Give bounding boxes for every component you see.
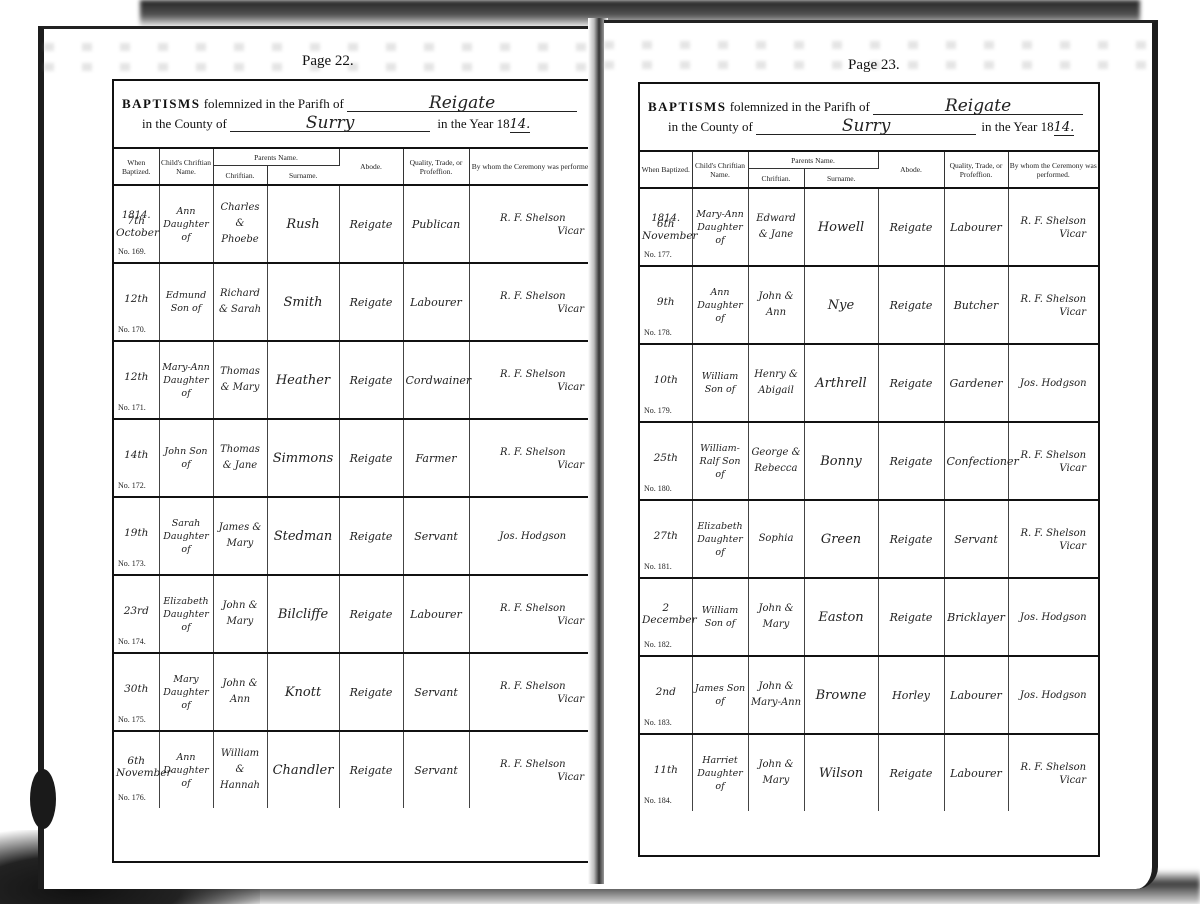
cell-surname: Simmons <box>267 419 339 497</box>
entry-date: 14th <box>116 449 157 461</box>
heading-prefix: BAPTISMS <box>648 99 726 114</box>
cell-quality: Servant <box>403 731 469 808</box>
entry-date: 9th <box>642 296 690 308</box>
cell-surname: Rush <box>267 185 339 263</box>
col-parents-christian: Chriftian. <box>213 166 267 186</box>
col-child: Child's Chriftian Name. <box>692 152 748 188</box>
heading-text: folemnized in the Parifh of <box>730 99 870 114</box>
entry-number: No. 178. <box>644 328 672 337</box>
year-value: 14. <box>510 117 531 133</box>
entry-date: 10th <box>642 374 690 386</box>
cell-child-name: Mary-Ann Daughter of <box>159 341 213 419</box>
register-entry-row: 9th No. 178. Ann Daughter of John & Ann … <box>640 266 1098 344</box>
year-value: 14. <box>1054 120 1075 136</box>
cell-minister: R. F. Shelson Vicar <box>469 653 596 731</box>
cell-abode: Reigate <box>878 500 944 578</box>
cell-parents-christian: John & Ann <box>748 266 804 344</box>
col-quality: Quality, Trade, or Profeffion. <box>403 149 469 185</box>
left-page: Page 22. BAPTISMS folemnized in the Pari… <box>38 26 604 889</box>
cell-abode: Reigate <box>878 266 944 344</box>
cell-child-name: Ann Daughter of <box>159 185 213 263</box>
cell-child-name: Elizabeth Daughter of <box>692 500 748 578</box>
cell-minister: Jos. Hodgson <box>1008 578 1098 656</box>
cell-surname: Green <box>804 500 878 578</box>
entry-date: 19th <box>116 527 157 539</box>
col-when: When Baptized. <box>640 152 692 188</box>
cell-parents-christian: William & Hannah <box>213 731 267 808</box>
cell-parents-christian: John & Mary <box>213 575 267 653</box>
page-number: Page 23. <box>848 57 900 74</box>
cell-when-baptized: 10th No. 179. <box>640 344 692 422</box>
cell-parents-christian: Thomas & Mary <box>213 341 267 419</box>
col-parents: Parents Name. <box>748 152 878 169</box>
cell-child-name: William-Ralf Son of <box>692 422 748 500</box>
cell-surname: Arthrell <box>804 344 878 422</box>
register-entry-row: 12th No. 171. Mary-Ann Daughter of Thoma… <box>114 341 596 419</box>
cell-child-name: William Son of <box>692 344 748 422</box>
cell-when-baptized: 11th No. 184. <box>640 734 692 811</box>
col-minister: By whom the Ceremony was performed. <box>1008 152 1098 188</box>
col-abode: Abode. <box>878 152 944 188</box>
cell-quality: Labourer <box>403 575 469 653</box>
cell-child-name: Edmund Son of <box>159 263 213 341</box>
cell-when-baptized: 12th No. 171. <box>114 341 159 419</box>
cell-abode: Reigate <box>339 653 403 731</box>
entry-date: 2 December <box>642 602 690 626</box>
cell-quality: Publican <box>403 185 469 263</box>
cell-minister: R. F. Shelson Vicar <box>1008 422 1098 500</box>
cell-surname: Smith <box>267 263 339 341</box>
cell-minister: R. F. Shelson Vicar <box>469 341 596 419</box>
cell-parents-christian: George & Rebecca <box>748 422 804 500</box>
cell-child-name: James Son of <box>692 656 748 734</box>
cell-minister: R. F. Shelson Vicar <box>469 185 596 263</box>
cell-abode: Reigate <box>878 344 944 422</box>
cell-quality: Butcher <box>944 266 1008 344</box>
register-entry-row: 1814. 6th November No. 177. Mary-Ann Dau… <box>640 188 1098 266</box>
heading-text: folemnized in the Parifh of <box>204 96 344 111</box>
cell-abode: Reigate <box>878 578 944 656</box>
page-number: Page 22. <box>302 53 354 70</box>
entry-number: No. 183. <box>644 718 672 727</box>
entry-number: No. 177. <box>644 250 672 259</box>
cell-quality: Labourer <box>944 656 1008 734</box>
cell-parents-christian: John & Mary <box>748 734 804 811</box>
year-label: in the Year 18 <box>437 116 509 131</box>
cell-surname: Nye <box>804 266 878 344</box>
cell-quality: Farmer <box>403 419 469 497</box>
cell-abode: Reigate <box>339 185 403 263</box>
baptism-register-table: BAPTISMS folemnized in the Parifh of Rei… <box>638 82 1100 857</box>
cell-when-baptized: 12th No. 170. <box>114 263 159 341</box>
col-when: When Baptized. <box>114 149 159 185</box>
year-label: in the Year 18 <box>981 119 1053 134</box>
cell-surname: Chandler <box>267 731 339 808</box>
cell-surname: Stedman <box>267 497 339 575</box>
entry-number: No. 176. <box>118 793 146 802</box>
cell-when-baptized: 6th November No. 176. <box>114 731 159 808</box>
heading-prefix: BAPTISMS <box>122 96 200 111</box>
binding-clasp <box>30 769 56 829</box>
cell-surname: Howell <box>804 188 878 266</box>
cell-minister: R. F. Shelson Vicar <box>1008 734 1098 811</box>
cell-minister: Jos. Hodgson <box>469 497 596 575</box>
cell-child-name: Sarah Daughter of <box>159 497 213 575</box>
cell-child-name: Harriet Daughter of <box>692 734 748 811</box>
cell-when-baptized: 14th No. 172. <box>114 419 159 497</box>
entry-date: 6th November <box>642 218 690 242</box>
cell-abode: Horley <box>878 656 944 734</box>
cell-when-baptized: 2nd No. 183. <box>640 656 692 734</box>
cell-when-baptized: 30th No. 175. <box>114 653 159 731</box>
entry-date: 2nd <box>642 686 690 698</box>
col-parents: Parents Name. <box>213 149 339 166</box>
register-grid: When Baptized. Child's Chriftian Name. P… <box>114 149 596 808</box>
cell-surname: Heather <box>267 341 339 419</box>
register-entry-row: 6th November No. 176. Ann Daughter of Wi… <box>114 731 596 808</box>
cell-minister: Jos. Hodgson <box>1008 656 1098 734</box>
cell-child-name: John Son of <box>159 419 213 497</box>
cell-when-baptized: 19th No. 173. <box>114 497 159 575</box>
cell-abode: Reigate <box>339 731 403 808</box>
cell-minister: Jos. Hodgson <box>1008 344 1098 422</box>
cell-surname: Easton <box>804 578 878 656</box>
cell-when-baptized: 1814. 6th November No. 177. <box>640 188 692 266</box>
cell-parents-christian: Charles & Phoebe <box>213 185 267 263</box>
cell-child-name: Ann Daughter of <box>159 731 213 808</box>
col-parents-surname: Surname. <box>804 169 878 189</box>
cell-quality: Bricklayer <box>944 578 1008 656</box>
register-entry-row: 11th No. 184. Harriet Daughter of John &… <box>640 734 1098 811</box>
col-parents-christian: Chriftian. <box>748 169 804 189</box>
entry-date: 11th <box>642 764 690 776</box>
register-grid: When Baptized. Child's Chriftian Name. P… <box>640 152 1098 811</box>
col-quality: Quality, Trade, or Profeffion. <box>944 152 1008 188</box>
register-entry-row: 2nd No. 183. James Son of John & Mary-An… <box>640 656 1098 734</box>
county-label: in the County of <box>668 119 753 134</box>
parish-name: Reigate <box>873 98 1083 115</box>
cell-when-baptized: 23rd No. 174. <box>114 575 159 653</box>
register-entry-row: 19th No. 173. Sarah Daughter of James & … <box>114 497 596 575</box>
col-parents-surname: Surname. <box>267 166 339 186</box>
bleed-through <box>604 41 1152 49</box>
entry-number: No. 184. <box>644 796 672 805</box>
cell-surname: Wilson <box>804 734 878 811</box>
register-entry-row: 10th No. 179. William Son of Henry & Abi… <box>640 344 1098 422</box>
cell-when-baptized: 9th No. 178. <box>640 266 692 344</box>
cell-surname: Bonny <box>804 422 878 500</box>
right-page: Page 23. BAPTISMS folemnized in the Pari… <box>604 20 1158 889</box>
cell-surname: Bilcliffe <box>267 575 339 653</box>
register-entry-row: 2 December No. 182. William Son of John … <box>640 578 1098 656</box>
cell-quality: Gardener <box>944 344 1008 422</box>
cell-surname: Browne <box>804 656 878 734</box>
cell-child-name: William Son of <box>692 578 748 656</box>
entry-date: 12th <box>116 371 157 383</box>
cell-parents-christian: Richard & Sarah <box>213 263 267 341</box>
cell-when-baptized: 1814. 7th October No. 169. <box>114 185 159 263</box>
cell-parents-christian: John & Ann <box>213 653 267 731</box>
entry-number: No. 173. <box>118 559 146 568</box>
col-abode: Abode. <box>339 149 403 185</box>
entry-number: No. 179. <box>644 406 672 415</box>
cell-parents-christian: James & Mary <box>213 497 267 575</box>
baptism-register-table: BAPTISMS folemnized in the Parifh of Rei… <box>112 79 598 863</box>
county-name: Surry <box>756 118 976 135</box>
cell-quality: Labourer <box>403 263 469 341</box>
entry-number: No. 174. <box>118 637 146 646</box>
register-entry-row: 23rd No. 174. Elizabeth Daughter of John… <box>114 575 596 653</box>
register-heading: BAPTISMS folemnized in the Parifh of Rei… <box>640 84 1098 152</box>
cell-child-name: Ann Daughter of <box>692 266 748 344</box>
cell-parents-christian: Sophia <box>748 500 804 578</box>
entry-number: No. 171. <box>118 403 146 412</box>
cell-minister: R. F. Shelson Vicar <box>1008 266 1098 344</box>
cell-abode: Reigate <box>878 734 944 811</box>
entry-date: 27th <box>642 530 690 542</box>
bleed-through <box>44 43 604 51</box>
col-minister: By whom the Ceremony was performed. <box>469 149 596 185</box>
cell-minister: R. F. Shelson Vicar <box>469 731 596 808</box>
cell-abode: Reigate <box>878 188 944 266</box>
cell-when-baptized: 27th No. 181. <box>640 500 692 578</box>
register-entries: 1814. 6th November No. 177. Mary-Ann Dau… <box>640 188 1098 811</box>
register-entry-row: 14th No. 172. John Son of Thomas & Jane … <box>114 419 596 497</box>
cell-abode: Reigate <box>339 263 403 341</box>
cell-quality: Servant <box>403 497 469 575</box>
register-entry-row: 1814. 7th October No. 169. Ann Daughter … <box>114 185 596 263</box>
cell-abode: Reigate <box>339 419 403 497</box>
cell-quality: Confectioner <box>944 422 1008 500</box>
cell-abode: Reigate <box>878 422 944 500</box>
entry-number: No. 180. <box>644 484 672 493</box>
cell-child-name: Elizabeth Daughter of <box>159 575 213 653</box>
cell-parents-christian: Edward & Jane <box>748 188 804 266</box>
cell-abode: Reigate <box>339 575 403 653</box>
register-heading: BAPTISMS folemnized in the Parifh of Rei… <box>114 81 596 149</box>
cell-abode: Reigate <box>339 497 403 575</box>
register-entry-row: 25th No. 180. William-Ralf Son of George… <box>640 422 1098 500</box>
entry-date: 30th <box>116 683 157 695</box>
entry-number: No. 182. <box>644 640 672 649</box>
register-entry-row: 27th No. 181. Elizabeth Daughter of Soph… <box>640 500 1098 578</box>
cell-quality: Servant <box>944 500 1008 578</box>
cell-quality: Servant <box>403 653 469 731</box>
cell-parents-christian: Henry & Abigail <box>748 344 804 422</box>
cell-parents-christian: Thomas & Jane <box>213 419 267 497</box>
register-entry-row: 30th No. 175. Mary Daughter of John & An… <box>114 653 596 731</box>
cell-parents-christian: John & Mary <box>748 578 804 656</box>
parish-name: Reigate <box>347 95 577 112</box>
cell-surname: Knott <box>267 653 339 731</box>
cell-when-baptized: 25th No. 180. <box>640 422 692 500</box>
cell-quality: Labourer <box>944 188 1008 266</box>
register-entries: 1814. 7th October No. 169. Ann Daughter … <box>114 185 596 808</box>
county-name: Surry <box>230 115 430 132</box>
cell-quality: Cordwainer <box>403 341 469 419</box>
col-child: Child's Chriftian Name. <box>159 149 213 185</box>
entry-number: No. 175. <box>118 715 146 724</box>
cell-child-name: Mary-Ann Daughter of <box>692 188 748 266</box>
cell-minister: R. F. Shelson Vicar <box>1008 500 1098 578</box>
cell-minister: R. F. Shelson Vicar <box>469 575 596 653</box>
cell-abode: Reigate <box>339 341 403 419</box>
entry-date: 6th November <box>116 755 157 779</box>
entry-number: No. 170. <box>118 325 146 334</box>
cell-child-name: Mary Daughter of <box>159 653 213 731</box>
county-label: in the County of <box>142 116 227 131</box>
cell-quality: Labourer <box>944 734 1008 811</box>
entry-number: No. 181. <box>644 562 672 571</box>
cell-parents-christian: John & Mary-Ann <box>748 656 804 734</box>
cell-minister: R. F. Shelson Vicar <box>1008 188 1098 266</box>
cell-when-baptized: 2 December No. 182. <box>640 578 692 656</box>
entry-date: 25th <box>642 452 690 464</box>
cell-minister: R. F. Shelson Vicar <box>469 263 596 341</box>
cell-minister: R. F. Shelson Vicar <box>469 419 596 497</box>
register-entry-row: 12th No. 170. Edmund Son of Richard & Sa… <box>114 263 596 341</box>
entry-date: 12th <box>116 293 157 305</box>
entry-date: 23rd <box>116 605 157 617</box>
entry-number: No. 169. <box>118 247 146 256</box>
entry-number: No. 172. <box>118 481 146 490</box>
